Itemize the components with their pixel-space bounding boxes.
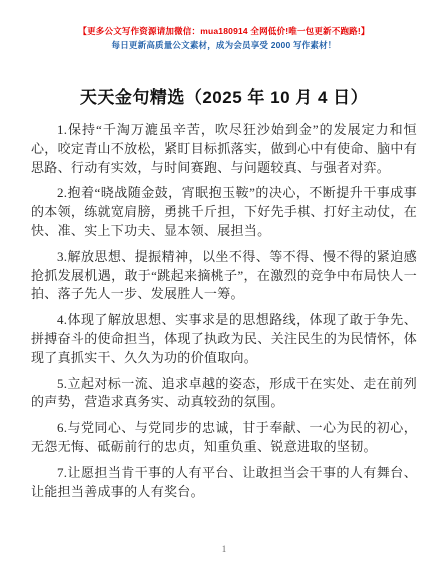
doc-title: 天天金句精选（2025 年 10 月 4 日） [31, 83, 417, 108]
watermark-line-1: 【更多公文写作资源请加微信：mua180914 全网低价!唯一包更新不跑路!】 [31, 24, 417, 38]
doc-body: 1.保持“千淘万漉虽辛苦，吹尽狂沙始到金”的发展定力和恒心，咬定青山不放松，紧盯… [31, 121, 417, 501]
watermark-header: 【更多公文写作资源请加微信：mua180914 全网低价!唯一包更新不跑路!】 … [31, 24, 417, 52]
page-number: 1 [0, 544, 448, 554]
paragraph-4: 4.体现了解放思想、实事求是的思想路线，体现了敢于争先、拼搏奋斗的使命担当，体现… [31, 311, 417, 367]
paragraph-6: 6.与党同心、与党同步的忠诚，甘于奉献、一心为民的初心，无怨无悔、砥砺前行的忠贞… [31, 419, 417, 457]
paragraph-2: 2.抱着“晓战随金鼓，宵眠抱玉鞍”的决心，不断提升干事成事的本领，练就宽肩膀，勇… [31, 184, 417, 240]
paragraph-7: 7.让愿担当肯干事的人有平台、让敢担当会干事的人有舞台、让能担当善成事的人有奖台… [31, 464, 417, 502]
watermark-line-2: 每日更新高质量公文素材，成为会员享受 2000 写作素材！ [31, 38, 417, 52]
paragraph-5: 5.立起对标一流、追求卓越的姿态，形成干在实处、走在前列的声势，营造求真务实、动… [31, 375, 417, 413]
paragraph-3: 3.解放思想、提振精神，以坐不得、等不得、慢不得的紧迫感抢抓发展机遇，敢于“跳起… [31, 248, 417, 304]
paragraph-1: 1.保持“千淘万漉虽辛苦，吹尽狂沙始到金”的发展定力和恒心，咬定青山不放松，紧盯… [31, 121, 417, 177]
document-page: 【更多公文写作资源请加微信：mua180914 全网低价!唯一包更新不跑路!】 … [0, 0, 448, 580]
